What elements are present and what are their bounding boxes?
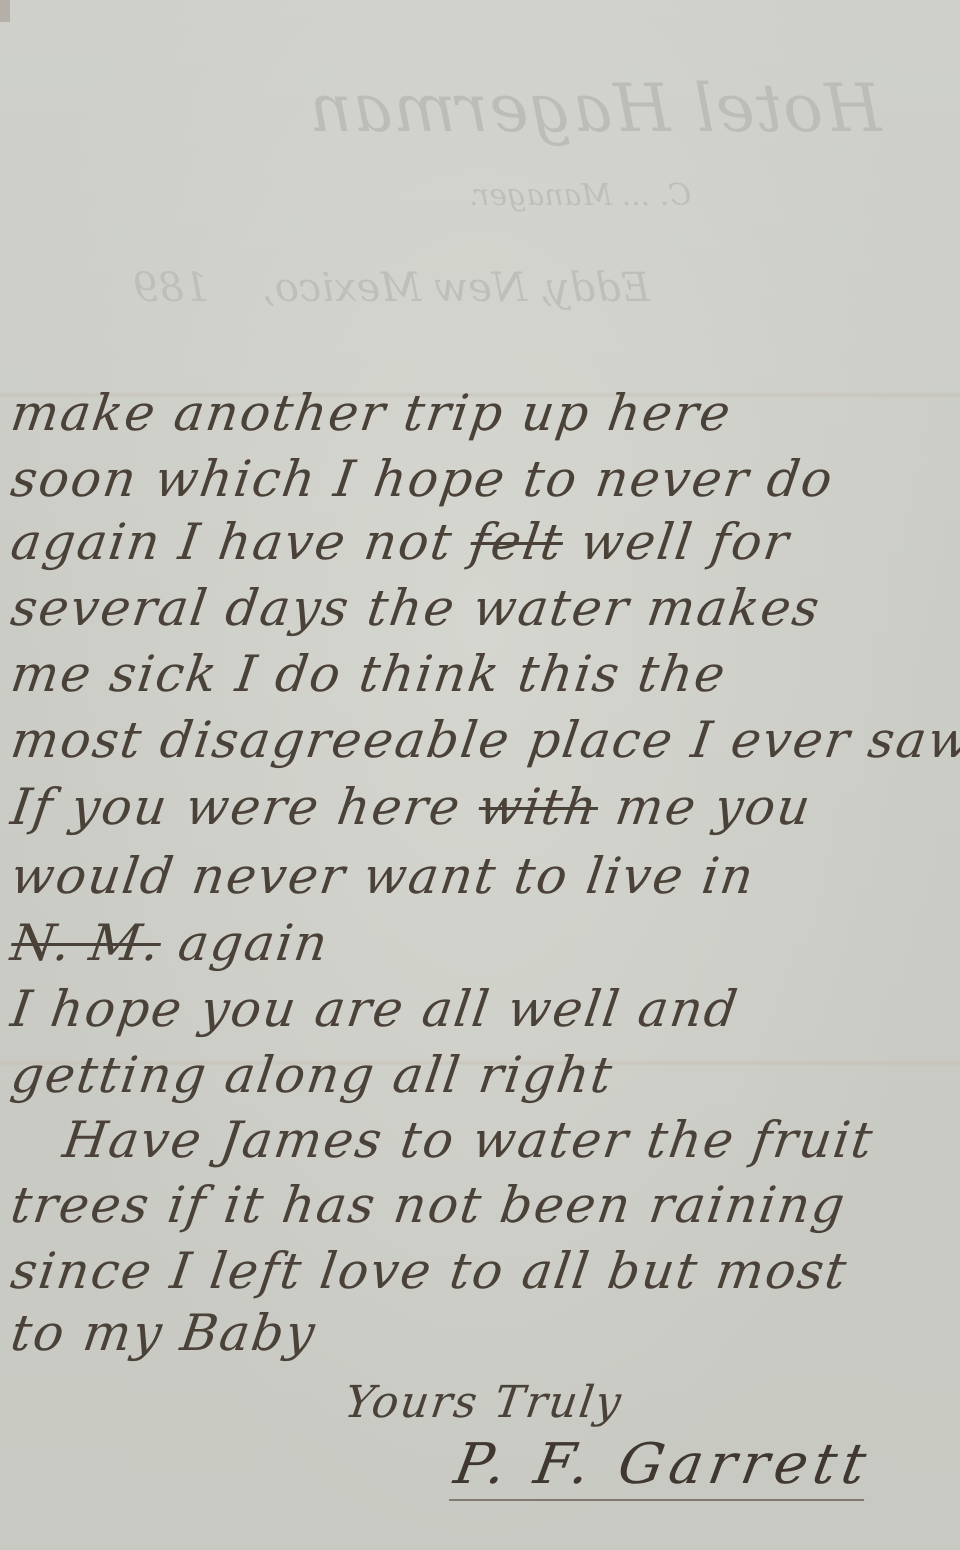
letter-line-15: to my Baby — [8, 1308, 319, 1358]
letter-closing: Yours Truly — [341, 1377, 625, 1428]
letter-line-1: make another trip up here — [8, 388, 735, 438]
letter-line-13: trees if it has not been raining — [8, 1180, 849, 1230]
letterhead-year: 189 — [133, 265, 209, 311]
letterhead-place: Eddy, New Mexico, 189 — [30, 265, 650, 311]
line-text: again I have not — [7, 513, 475, 571]
line-text: If you were here — [7, 778, 483, 836]
letterhead-hotel-name: Hotel Hagerman — [270, 70, 920, 147]
letterhead-manager: C. ... Manager. — [380, 178, 780, 213]
line-text: I hope you are all well and — [7, 980, 742, 1038]
letterhead-place-name: Eddy, New Mexico, — [262, 265, 650, 311]
letter-line-12: Have James to water the fruit — [60, 1115, 877, 1165]
struck-word: with — [475, 778, 602, 836]
letter-line-7: If you were here with me you — [8, 782, 815, 832]
line-text: several days the water makes — [7, 579, 824, 637]
line-text: trees if it has not been raining — [7, 1176, 849, 1234]
letter-line-10: I hope you are all well and — [8, 984, 742, 1034]
line-text: most disagreeable place I ever saw — [7, 711, 960, 769]
struck-word: felt — [467, 513, 567, 571]
letter-line-5: me sick I do think this the — [8, 649, 730, 699]
letter-line-2: soon which I hope to never do — [8, 454, 837, 504]
line-text-after: me you — [594, 778, 815, 836]
letter-page: Hotel Hagerman C. ... Manager. Eddy, New… — [0, 0, 960, 1550]
letter-line-8: would never want to live in — [8, 851, 758, 901]
line-text-after: well for — [559, 513, 794, 571]
letter-line-3: again I have not felt well for — [8, 517, 793, 567]
letter-line-9: N. M. again — [8, 918, 332, 968]
line-text: since I left love to all but most — [7, 1242, 851, 1300]
letter-line-14: since I left love to all but most — [8, 1246, 851, 1296]
letterhead-bleed-through: Hotel Hagerman C. ... Manager. Eddy, New… — [0, 0, 960, 360]
line-text: soon which I hope to never do — [7, 450, 837, 508]
letter-line-4: several days the water makes — [8, 583, 824, 633]
line-text: Have James to water the fruit — [59, 1111, 877, 1169]
line-text: would never want to live in — [7, 847, 758, 905]
line-text: me sick I do think this the — [7, 645, 730, 703]
line-text: getting along all right — [7, 1046, 617, 1104]
signature: P. F. Garrett — [449, 1432, 877, 1501]
line-text: make another trip up here — [7, 384, 735, 442]
letter-line-11: getting along all right — [8, 1050, 617, 1100]
line-text: to my Baby — [7, 1304, 320, 1362]
line-text-after: again — [157, 914, 333, 972]
struck-word: N. M. — [7, 914, 165, 972]
letter-line-6: most disagreeable place I ever saw — [8, 715, 960, 765]
